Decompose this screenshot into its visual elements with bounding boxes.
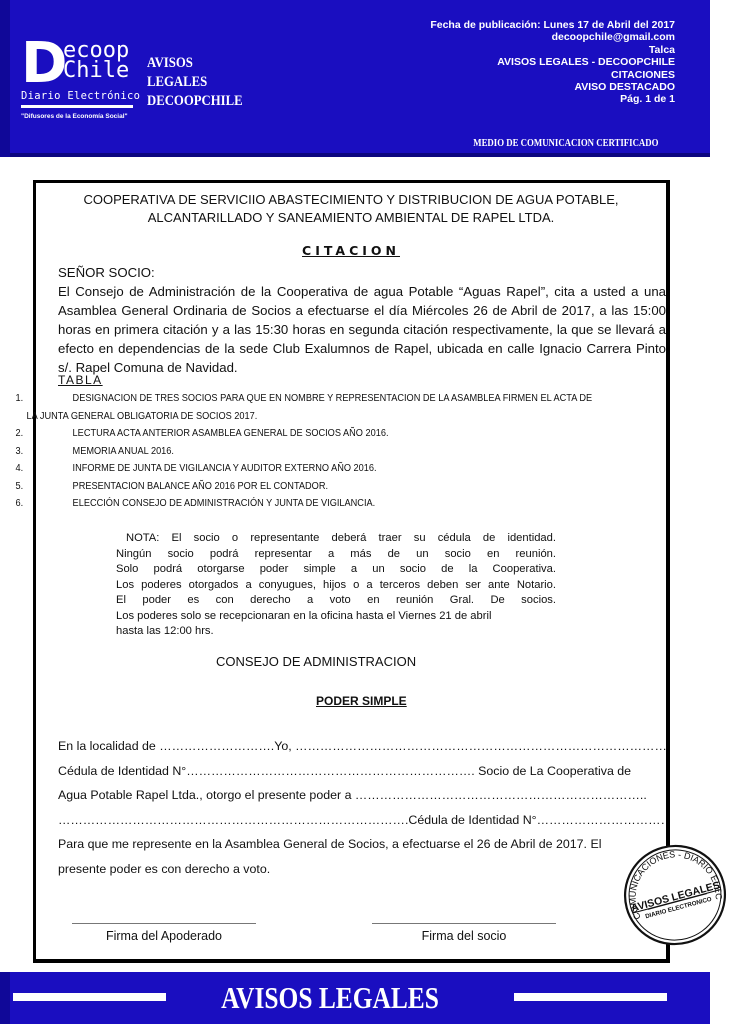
notice-type: AVISO DESTACADO <box>430 81 675 93</box>
form-line-proxy[interactable]: Agua Potable Rapel Ltda., otorgo el pres… <box>58 783 666 808</box>
agenda-item: 3. MEMORIA ANUAL 2016. <box>10 443 608 461</box>
agenda-number: 6. <box>16 495 24 513</box>
agenda-text: INFORME DE JUNTA DE VIGILANCIA Y AUDITOR… <box>73 463 377 474</box>
page-number: Pág. 1 de 1 <box>430 93 675 105</box>
agenda-text: LECTURA ACTA ANTERIOR ASAMBLEA GENERAL D… <box>73 428 389 439</box>
agenda-item: 5. PRESENTACION BALANCE AÑO 2016 POR EL … <box>10 478 608 496</box>
agenda-text: MEMORIA ANUAL 2016. <box>73 446 174 457</box>
agenda-text: PRESENTACION BALANCE AÑO 2016 POR EL CON… <box>73 481 328 492</box>
organization-line: COOPERATIVA DE SERVICIIO ABASTECIMIENTO … <box>36 191 666 209</box>
agenda-number: 3. <box>16 443 24 461</box>
agenda-label: TABLA <box>58 373 103 387</box>
organization-name: COOPERATIVA DE SERVICIIO ABASTECIMIENTO … <box>36 191 666 227</box>
city: Talca <box>430 44 675 56</box>
logo-word-2: Chile <box>63 60 129 82</box>
note-line: El poder es con derecho a voto en reunió… <box>116 593 556 609</box>
certified-label: MEDIO DE COMUNICACION CERTIFICADO <box>473 138 658 149</box>
document-title: CITACION <box>36 243 666 258</box>
proxy-form: En la localidad de ……………………….Yo, …………………… <box>58 734 666 881</box>
certification-stamp-icon: COMUNICACIONES - DIARIO ELECTRONICO AVIS… <box>622 842 728 948</box>
section-name: AVISOS LEGALES - DECOOPCHILE <box>430 56 675 68</box>
logo-initial: D <box>21 38 65 90</box>
contact-email[interactable]: decoopchile@gmail.com <box>430 31 675 43</box>
category: CITACIONES <box>430 69 675 81</box>
salutation: SEÑOR SOCIO: <box>58 263 666 282</box>
logo-divider <box>21 105 133 108</box>
form-line-voting: presente poder es con derecho a voto. <box>58 857 666 882</box>
agenda-item: 6. ELECCIÓN CONSEJO DE ADMINISTRACIÓN Y … <box>10 495 608 513</box>
signature-label-member: Firma del socio <box>372 929 556 943</box>
signature-label-proxy: Firma del Apoderado <box>72 929 256 943</box>
brand-line: DECOOPCHILE <box>147 92 243 111</box>
note-line: NOTA: El socio o representante deberá tr… <box>116 531 556 547</box>
note-line: Los poderes otorgados a conyugues, hijos… <box>116 578 556 594</box>
note-line: hasta las 12:00 hrs. <box>116 624 556 640</box>
publication-info: Fecha de publicación: Lunes 17 de Abril … <box>430 19 675 106</box>
agenda-number: 1. <box>16 390 24 408</box>
brand-title: AVISOS LEGALES DECOOPCHILE <box>147 54 243 111</box>
note-line: Los poderes solo se recepcionaran en la … <box>116 609 556 625</box>
legal-notice-document: COOPERATIVA DE SERVICIIO ABASTECIMIENTO … <box>33 180 670 963</box>
form-line-id[interactable]: Cédula de Identidad N°………………………………………………… <box>58 759 666 784</box>
footer-banner: AVISOS LEGALES <box>0 972 710 1024</box>
agenda-item: 4. INFORME DE JUNTA DE VIGILANCIA Y AUDI… <box>10 460 608 478</box>
agenda-text-continued: LA JUNTA GENERAL OBLIGATORIA DE SOCIOS 2… <box>27 408 608 426</box>
agenda-text: DESIGNACION DE TRES SOCIOS PARA QUE EN N… <box>73 393 593 404</box>
brand-line: AVISOS <box>147 54 243 73</box>
signature-line-proxy[interactable] <box>72 923 256 924</box>
agenda-number: 2. <box>16 425 24 443</box>
agenda-number: 4. <box>16 460 24 478</box>
note-line: Solo podrá otorgarse poder simple a un s… <box>116 562 556 578</box>
header-banner: D ecoop Chile Diario Electrónico "Difuso… <box>0 0 710 157</box>
footer-bar-right <box>514 993 667 1001</box>
citation-paragraph: El Consejo de Administración de la Coope… <box>58 282 666 377</box>
form-line-purpose: Para que me represente en la Asamblea Ge… <box>58 832 666 857</box>
agenda-text: ELECCIÓN CONSEJO DE ADMINISTRACIÓN Y JUN… <box>73 498 376 509</box>
agenda-item: 2. LECTURA ACTA ANTERIOR ASAMBLEA GENERA… <box>10 425 608 443</box>
logo-subtitle: Diario Electrónico <box>21 90 140 102</box>
brand-line: LEGALES <box>147 73 243 92</box>
note-block: NOTA: El socio o representante deberá tr… <box>116 531 556 640</box>
note-line: Ningún socio podrá representar a más de … <box>116 547 556 563</box>
agenda-list: 1. DESIGNACION DE TRES SOCIOS PARA QUE E… <box>10 390 608 513</box>
form-line-locality[interactable]: En la localidad de ……………………….Yo, …………………… <box>58 734 666 759</box>
agenda-number: 5. <box>16 478 24 496</box>
publication-date: Fecha de publicación: Lunes 17 de Abril … <box>430 19 675 31</box>
agenda-item: 1. DESIGNACION DE TRES SOCIOS PARA QUE E… <box>10 390 608 425</box>
form-title: PODER SIMPLE <box>316 694 407 708</box>
signed-by: CONSEJO DE ADMINISTRACION <box>216 654 416 669</box>
logo-slogan: "Difusores de la Economía Social" <box>21 113 128 120</box>
form-line-proxy-id[interactable]: ………………………………………………………………………….Cédula de I… <box>58 808 666 833</box>
organization-line: ALCANTARILLADO Y SANEAMIENTO AMBIENTAL D… <box>36 209 666 227</box>
signature-line-member[interactable] <box>372 923 556 924</box>
